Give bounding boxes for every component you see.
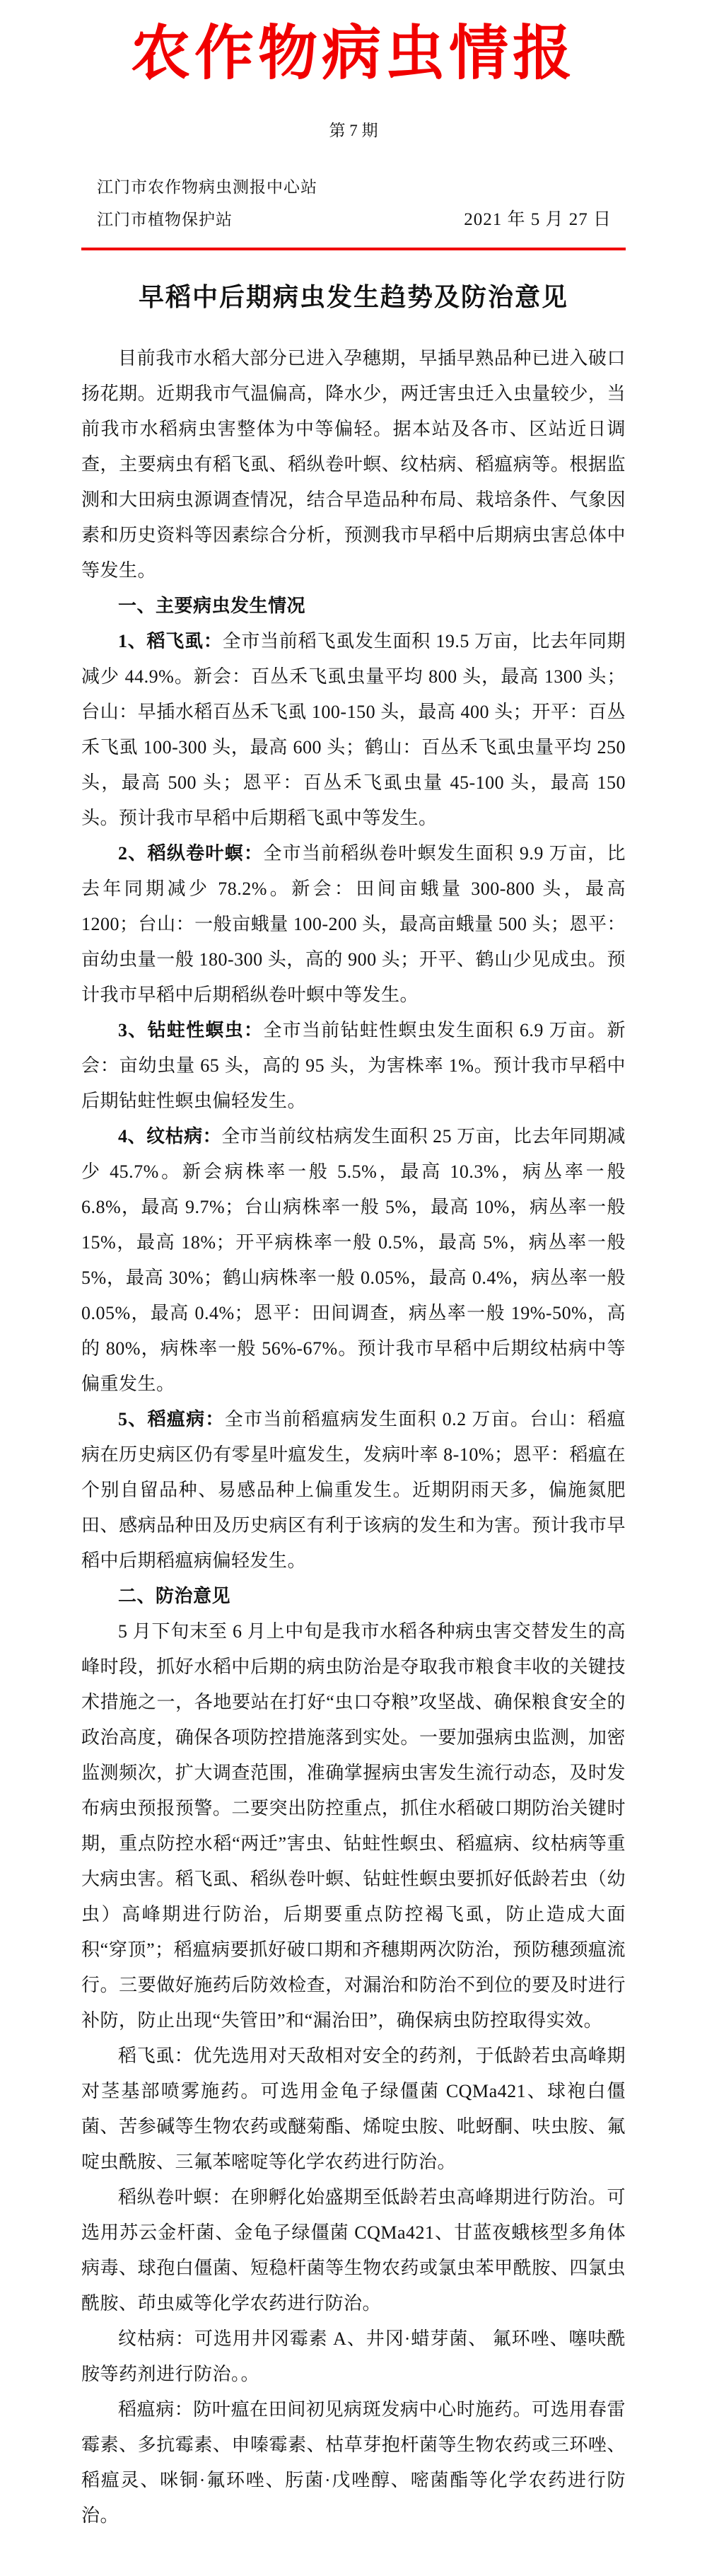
control-advice-leaf-roller: 稻纵卷叶螟：在卵孵化始盛期至低龄若虫高峰期进行防治。可选用苏云金杆菌、金龟子绿僵… — [81, 2180, 626, 2321]
control-advice-sheath-blight: 纹枯病：可选用井冈霉素 A、井冈·蜡芽菌、 氟环唑、噻呋酰胺等药剂进行防治。。 — [81, 2321, 626, 2392]
pest-item-rice-planthopper: 1、稻飞虱：全市当前稻飞虱发生面积 19.5 万亩，比去年同期减少 44.9%。… — [81, 624, 626, 836]
control-advice-planthopper: 稻飞虱：优先选用对天敌相对安全的药剂，于低龄若虫高峰期对茎基部喷雾施药。可选用金… — [81, 2038, 626, 2180]
section1-heading: 一、主要病虫发生情况 — [81, 588, 626, 624]
intro-paragraph: 目前我市水稻大部分已进入孕穗期，早插早熟品种已进入破口扬花期。近期我市气温偏高，… — [81, 341, 626, 588]
pest-item-rice-blast: 5、稻瘟病：全市当前稻瘟病发生面积 0.2 万亩。台山：稻瘟病在历史病区仍有零星… — [81, 1402, 626, 1579]
pest-item-1-label: 1、稻飞虱： — [118, 631, 223, 651]
pest-item-sheath-blight: 4、纹枯病：全市当前纹枯病发生面积 25 万亩，比去年同期减少 45.7%。新会… — [81, 1119, 626, 1402]
org-row-1: 江门市农作物病虫测报中心站 — [97, 171, 626, 204]
pest-item-leaf-roller: 2、稻纵卷叶螟：全市当前稻纵卷叶螟发生面积 9.9 万亩，比去年同期减少 78.… — [81, 836, 626, 1013]
report-page: 农作物病虫情报 第 7 期 江门市农作物病虫测报中心站 江门市植物保护站 202… — [0, 16, 707, 2576]
org-row-2: 江门市植物保护站 2021 年 5 月 27 日 — [97, 204, 626, 236]
org-line-2: 江门市植物保护站 — [97, 204, 233, 236]
red-divider — [81, 248, 626, 250]
article-title: 早稻中后期病虫发生趋势及防治意见 — [81, 282, 626, 313]
pest-item-4-text: 全市当前纹枯病发生面积 25 万亩，比去年同期减少 45.7%。新会病株率一般 … — [81, 1126, 626, 1394]
report-masthead-title: 农作物病虫情报 — [81, 16, 626, 93]
publisher-block: 江门市农作物病虫测报中心站 江门市植物保护站 2021 年 5 月 27 日 — [81, 171, 626, 236]
pest-item-stem-borer: 3、钻蛀性螟虫：全市当前钻蛀性螟虫发生面积 6.9 万亩。新会：亩幼虫量 65 … — [81, 1013, 626, 1119]
control-advice-general: 5 月下旬末至 6 月上中旬是我市水稻各种病虫害交替发生的高峰时段，抓好水稻中后… — [81, 1614, 626, 2038]
pest-item-2-label: 2、稻纵卷叶螟： — [118, 843, 263, 864]
pest-item-3-label: 3、钻蛀性螟虫： — [118, 1020, 263, 1040]
issue-number: 第 7 期 — [81, 120, 626, 141]
pest-item-5-label: 5、稻瘟病： — [118, 1409, 225, 1429]
pest-item-2-text: 全市当前稻纵卷叶螟发生面积 9.9 万亩，比去年同期减少 78.2%。新会：田间… — [81, 843, 626, 1005]
org-line-1: 江门市农作物病虫测报中心站 — [97, 171, 317, 204]
pest-item-5-text: 全市当前稻瘟病发生面积 0.2 万亩。台山：稻瘟病在历史病区仍有零星叶瘟发生，发… — [81, 1409, 626, 1571]
report-date: 2021 年 5 月 27 日 — [464, 204, 626, 236]
control-advice-rice-blast: 稻瘟病：防叶瘟在田间初见病斑发病中心时施药。可选用春雷霉素、多抗霉素、申嗪霉素、… — [81, 2392, 626, 2534]
pest-item-4-label: 4、纹枯病： — [118, 1126, 221, 1147]
article-body: 目前我市水稻大部分已进入孕穗期，早插早熟品种已进入破口扬花期。近期我市气温偏高，… — [81, 341, 626, 2534]
section2-heading: 二、防治意见 — [81, 1579, 626, 1614]
pest-item-1-text: 全市当前稻飞虱发生面积 19.5 万亩，比去年同期减少 44.9%。新会：百丛禾… — [81, 631, 626, 828]
